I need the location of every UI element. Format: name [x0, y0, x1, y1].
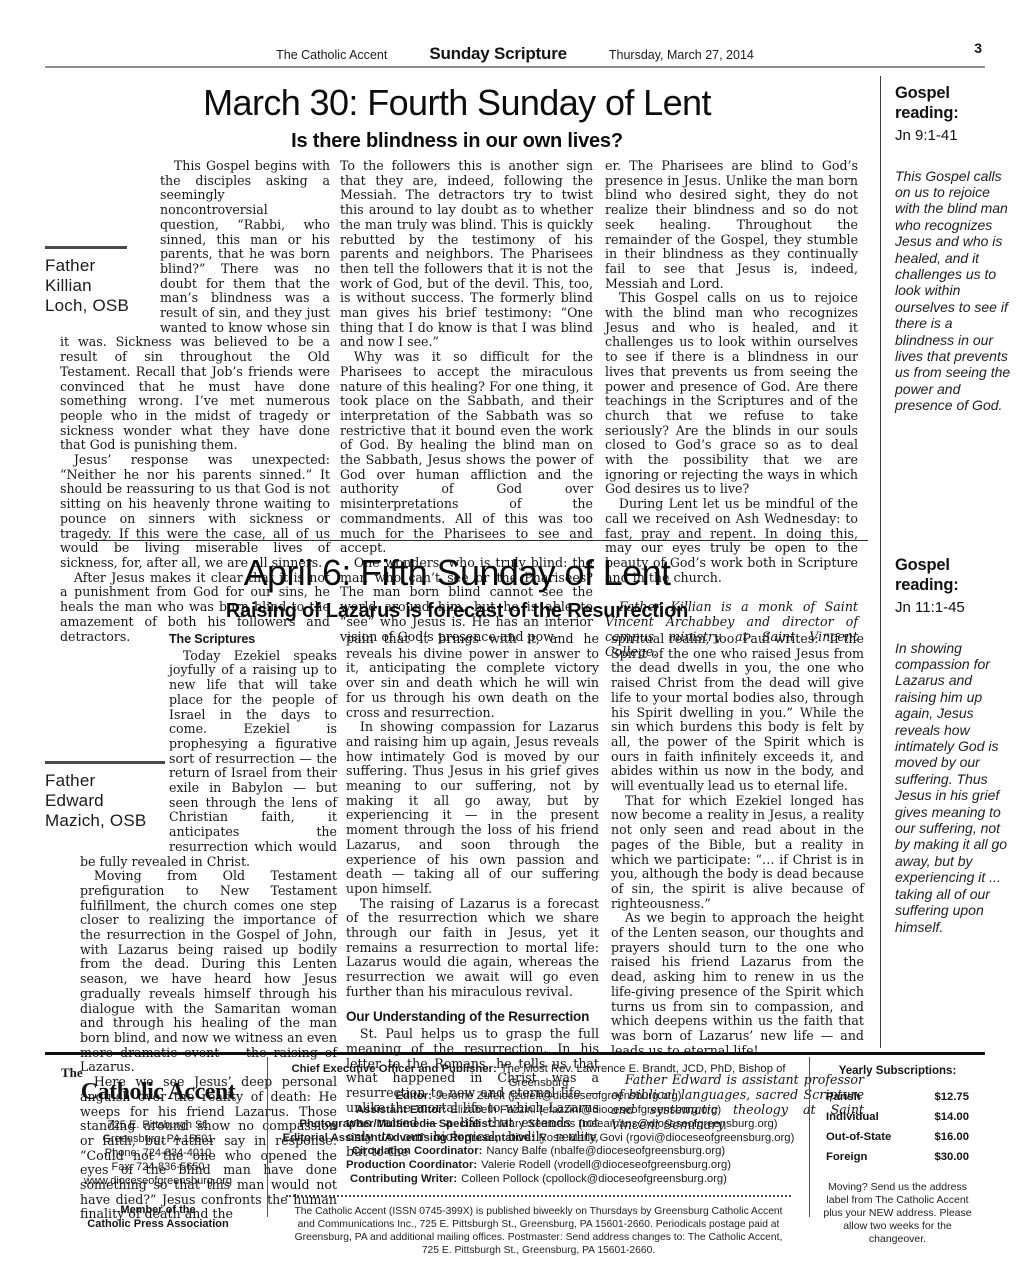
- page-number: 3: [974, 40, 982, 56]
- staff-row: Contributing Writer:Colleen Pollock (cpo…: [282, 1173, 795, 1187]
- header-divider: [45, 66, 985, 68]
- article1-columns: Father Killian Loch, OSB This Gospel beg…: [60, 159, 865, 537]
- gospel-summary: In showing compassion for Lazarus and ra…: [895, 640, 1013, 935]
- moving-note: Moving? Send us the address label from T…: [818, 1181, 977, 1246]
- subscription-price: $30.00: [934, 1147, 969, 1167]
- staff-person: Mary Seamans (mseamans@dioceseofgreensbu…: [499, 1118, 777, 1130]
- staff-row: Chief Executive Officer and Publisher:Th…: [282, 1063, 795, 1090]
- staff-role: Editorial Assistant/Advertising Represen…: [283, 1132, 535, 1144]
- subscription-type: Out-of-State: [826, 1127, 891, 1147]
- subscription-row: Foreign $30.00: [826, 1147, 969, 1167]
- paragraph: That for which Ezekiel longed has now be…: [611, 794, 864, 912]
- staff-person: Colleen Pollock (cpollock@dioceseofgreen…: [461, 1173, 727, 1185]
- article1-title: March 30: Fourth Sunday of Lent: [45, 82, 869, 124]
- staff-role: Editor:: [395, 1090, 431, 1102]
- byline-rule: [45, 761, 165, 764]
- article2-author: Father Edward Mazich, OSB: [45, 771, 157, 831]
- publication-fine-print: The Catholic Accent (ISSN 0745-399X) is …: [282, 1205, 795, 1257]
- issue-date: Thursday, March 27, 2014: [609, 48, 754, 62]
- gospel-summary: This Gospel calls on us to rejoice with …: [895, 168, 1013, 414]
- subscription-row: Individual $14.00: [826, 1107, 969, 1127]
- gospel-reference: Jn 11:1-45: [895, 599, 1013, 616]
- subscription-row: Out-of-State $16.00: [826, 1127, 969, 1147]
- subscription-type: Individual: [826, 1107, 879, 1127]
- subscription-price: $14.00: [934, 1107, 969, 1127]
- staff-role: Circulation Coordinator:: [352, 1145, 483, 1157]
- paragraph: To the followers this is another sign th…: [340, 159, 593, 350]
- gospel-reading-2: Gospel reading: Jn 11:1-45 In showing co…: [895, 556, 1013, 935]
- subscription-price: $12.75: [934, 1087, 969, 1107]
- byline-rule: [45, 246, 127, 249]
- article2-subtitle: Raising of Lazarus is forecast of the Re…: [45, 600, 869, 623]
- staff-person: Nancy Balfe (nbalfe@dioceseofgreensburg.…: [486, 1145, 725, 1157]
- article1-column-1: Father Killian Loch, OSB This Gospel beg…: [60, 159, 330, 537]
- staff-row: Editor:Jerome Zufelt (jzufelt@dioceseofg…: [282, 1090, 795, 1104]
- staff-role: Production Coordinator:: [346, 1159, 477, 1171]
- section-title: Sunday Scripture: [429, 44, 567, 64]
- subscriptions-table: Parish $12.75 Individual $14.00 Out-of-S…: [818, 1087, 977, 1167]
- paragraph: In showing compassion for Lazarus and ra…: [346, 720, 599, 896]
- masthead-subscriptions-block: Yearly Subscriptions: Parish $12.75 Indi…: [810, 1055, 985, 1257]
- article1-author: Father Killian Loch, OSB: [45, 256, 145, 316]
- staff-person: Valerie Rodell (vrodell@dioceseofgreensb…: [481, 1159, 731, 1171]
- staff-row: Production Coordinator:Valerie Rodell (v…: [282, 1159, 795, 1173]
- staff-person: Elizabeth Fazzini (efazzini@dioceseofgre…: [450, 1104, 721, 1116]
- sidebar-divider: [880, 76, 881, 1048]
- staff-row: Circulation Coordinator:Nancy Balfe (nba…: [282, 1145, 795, 1159]
- staff-row: Editorial Assistant/Advertising Represen…: [282, 1132, 795, 1146]
- article2-subhead-resurrection: Our Understanding of the Resurrection: [346, 1010, 599, 1025]
- masthead: The Catholic Accent 725 E. Pittsburgh St…: [45, 1052, 985, 1257]
- subscription-price: $16.00: [934, 1127, 969, 1147]
- subscription-row: Parish $12.75: [826, 1087, 969, 1107]
- staff-person: The Most Rev. Lawrence E. Brandt, JCD, P…: [501, 1063, 786, 1089]
- paragraph: Moving from Old Testament prefiguration …: [80, 869, 337, 1075]
- paragraph: Why was it so difficult for the Pharisee…: [340, 350, 593, 556]
- gospel-heading: Gospel reading:: [895, 556, 1013, 596]
- article2-title: April 6: Fifth Sunday of Lent: [45, 552, 869, 594]
- publication-name: The Catholic Accent: [276, 48, 387, 62]
- staff-role: Assistant Editor:: [356, 1104, 446, 1116]
- article2-subhead-scriptures: The Scriptures: [80, 632, 337, 647]
- address-line: Greensburg, PA 15601: [55, 1132, 261, 1146]
- staff-role: Contributing Writer:: [350, 1173, 457, 1185]
- paragraph: spiritual realm, too. Paul writes: “If t…: [611, 632, 864, 794]
- article2-columns: Father Edward Mazich, OSB The Scriptures…: [80, 632, 866, 1044]
- paragraph: er. The Pharisees are blind to God’s pre…: [605, 159, 858, 291]
- paragraph: pain that it brings with it, and he reve…: [346, 632, 599, 720]
- gospel-reading-1: Gospel reading: Jn 9:1-41 This Gospel ca…: [895, 84, 1013, 414]
- staff-row: Assistant Editor:Elizabeth Fazzini (efaz…: [282, 1104, 795, 1118]
- article1-byline: Father Killian Loch, OSB: [45, 246, 145, 330]
- staff-role: Photographer/Multimedia Specialist:: [299, 1118, 495, 1130]
- article2-column-1: Father Edward Mazich, OSB The Scriptures…: [80, 632, 337, 1044]
- article1-column-2: To the followers this is another sign th…: [340, 159, 593, 537]
- website-url: www.dioceseofgreensburg.org: [55, 1174, 261, 1188]
- article2-byline: Father Edward Mazich, OSB: [45, 761, 157, 845]
- subscription-type: Foreign: [826, 1147, 867, 1167]
- masthead-brand-block: The Catholic Accent 725 E. Pittsburgh St…: [45, 1055, 267, 1257]
- paragraph: As we begin to approach the height of th…: [611, 911, 864, 1058]
- staff-role: Chief Executive Officer and Publisher:: [291, 1063, 496, 1075]
- newspaper-page: The Catholic Accent Sunday Scripture Thu…: [0, 0, 1024, 1274]
- press-association-membership: Member of the Catholic Press Association: [55, 1204, 261, 1231]
- article1-subtitle: Is there blindness in our own lives?: [45, 130, 869, 153]
- page-header: The Catholic Accent Sunday Scripture Thu…: [45, 44, 985, 64]
- address-line: Fax: 724-836-5650: [55, 1160, 261, 1174]
- masthead-staff-block: Chief Executive Officer and Publisher:Th…: [268, 1055, 809, 1257]
- subscriptions-title: Yearly Subscriptions:: [818, 1065, 977, 1077]
- address-line: 725 E. Pittsburgh St.: [55, 1118, 261, 1132]
- subscription-type: Parish: [826, 1087, 861, 1107]
- article2-column-3: spiritual realm, too. Paul writes: “If t…: [611, 632, 864, 1044]
- brand-address: 725 E. Pittsburgh St. Greensburg, PA 156…: [55, 1118, 261, 1188]
- staff-person: Jerome Zufelt (jzufelt@dioceseofgreensbu…: [436, 1090, 682, 1102]
- brand-name: Catholic Accent: [55, 1079, 261, 1106]
- staff-person: Rose Marie Govi (rgovi@dioceseofgreensbu…: [539, 1132, 795, 1144]
- article2-column-2: pain that it brings with it, and he reve…: [346, 632, 599, 1044]
- gospel-reference: Jn 9:1-41: [895, 127, 1013, 144]
- paragraph: The raising of Lazarus is a forecast of …: [346, 897, 599, 1000]
- gospel-heading: Gospel reading:: [895, 84, 1013, 124]
- address-line: Phone: 724-834-4010: [55, 1146, 261, 1160]
- article-divider: [90, 540, 868, 541]
- dotted-divider: [286, 1195, 791, 1197]
- staff-row: Photographer/Multimedia Specialist:Mary …: [282, 1118, 795, 1132]
- paragraph: This Gospel calls on us to rejoice with …: [605, 291, 858, 497]
- article1-column-3: er. The Pharisees are blind to God’s pre…: [605, 159, 858, 537]
